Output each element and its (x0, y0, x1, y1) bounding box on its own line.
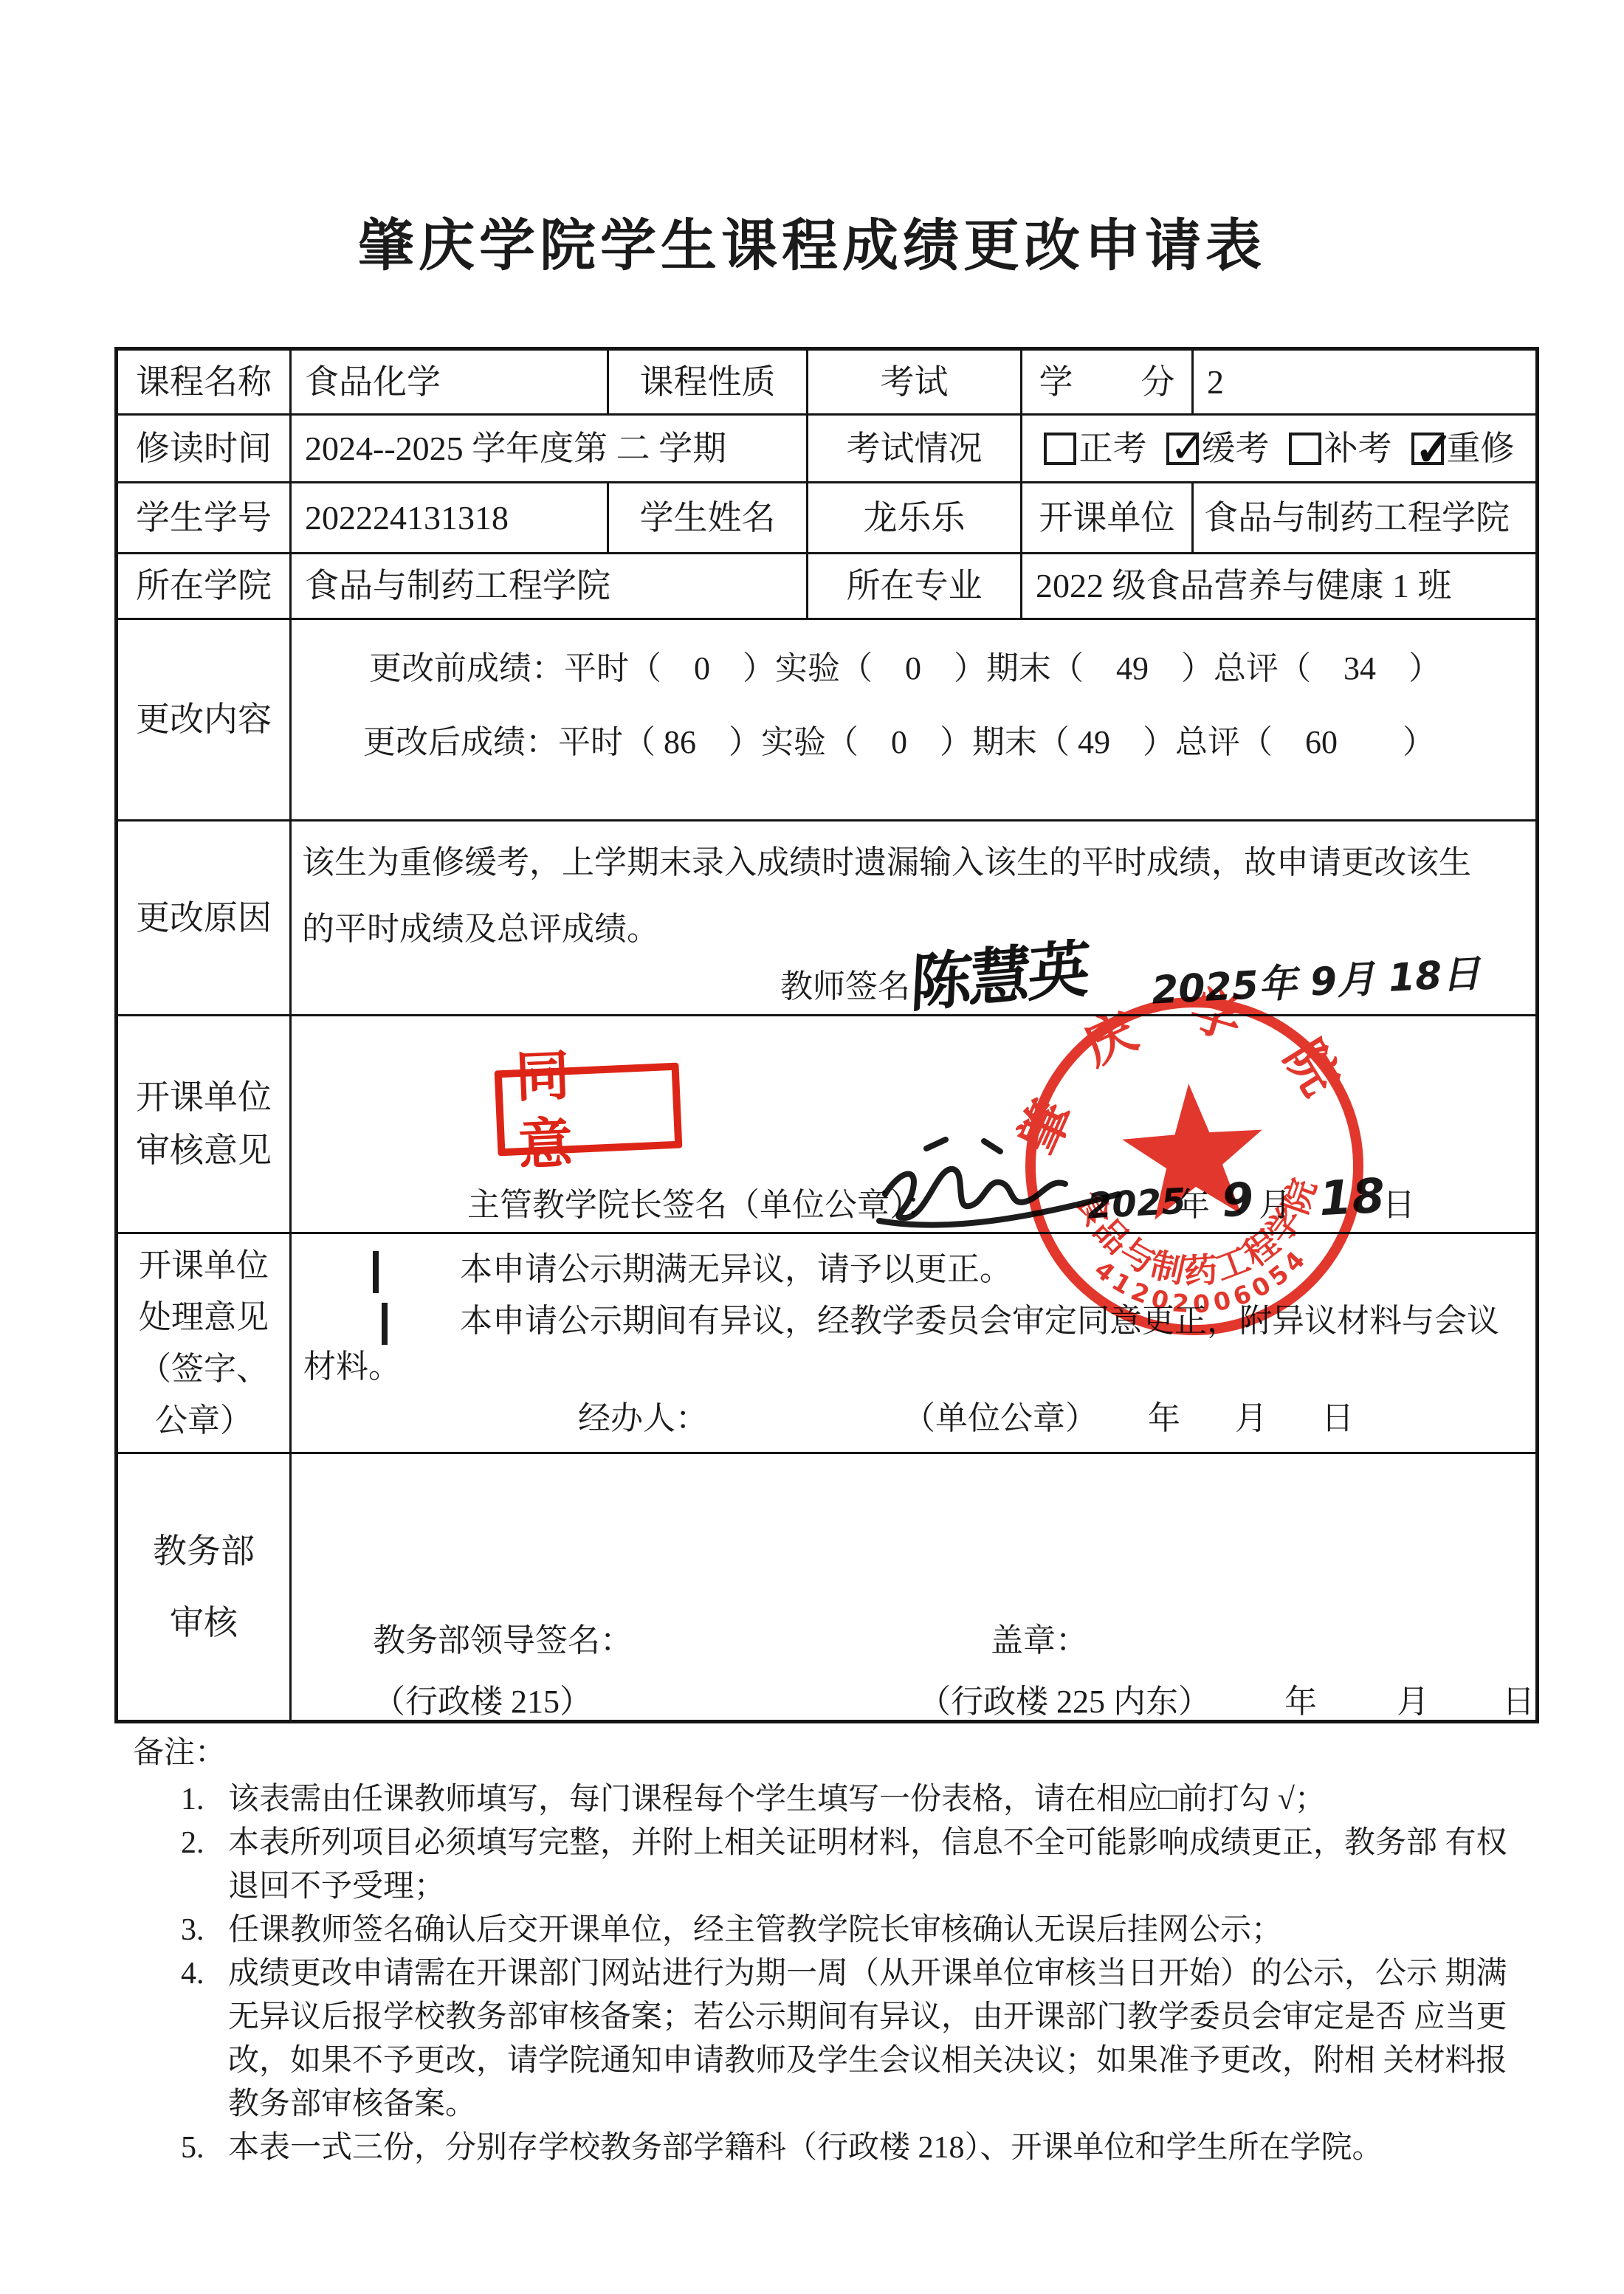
unit-seal-label: （单位公章） (903, 1398, 1098, 1439)
exam-option: ✓重修 (1411, 427, 1515, 470)
exam-option: ✓缓考 (1166, 427, 1270, 470)
exam-option-label: 缓考 (1202, 427, 1270, 470)
note-text: 本表所列项目必须填写完整，并附上相关证明材料，信息不全可能影响成绩更正，教务部 … (228, 1822, 1532, 1909)
checkbox-icon (1289, 433, 1321, 465)
row-course: 课程名称 食品化学 课程性质 考试 学 分 2 (118, 351, 1535, 416)
course-name-label: 课程名称 (118, 351, 292, 413)
note-text: 该表需由任课教师填写，每门课程每个学生填写一份表格，请在相应□前打勾 √； (228, 1778, 1532, 1822)
exam-option-label: 补考 (1324, 427, 1392, 470)
checkbox-icon (1044, 433, 1076, 465)
course-type-value: 考试 (808, 351, 1022, 413)
note-item: 2.本表所列项目必须填写完整，并附上相关证明材料，信息不全可能影响成绩更正，教务… (181, 1822, 1532, 1909)
checkbox-icon: ✓ (1411, 433, 1444, 465)
grades-before: 更改前成绩：平时（ 0 ）实验（ 0 ）期末（ 49 ）总评（ 34 ） (369, 648, 1441, 689)
dean-sign-label: 主管教学院长签名（单位公章）： (467, 1185, 938, 1225)
office-year-unit: 年 (1284, 1681, 1317, 1722)
office-sign-location: （行政楼 215） (373, 1681, 592, 1722)
university-seal: 肇庆学院 食品与制药工程学院 4412020060540 (997, 969, 1391, 1363)
course-name-value: 食品化学 (292, 351, 609, 413)
unit-review-label-line1: 开课单位 (136, 1071, 272, 1124)
exam-option-label: 重修 (1447, 427, 1515, 470)
college-label: 所在学院 (118, 554, 292, 618)
student-id-value: 202224131318 (292, 483, 609, 552)
operator-label: 经办人： (578, 1398, 708, 1439)
approve-stamp: 同意 (495, 1063, 683, 1157)
decision-day-unit: 日 (1321, 1398, 1354, 1439)
academic-office-label-line1: 教务部 (153, 1532, 255, 1571)
scanned-form-page: 肇庆学院学生课程成绩更改申请表 课程名称 食品化学 课程性质 考试 学 分 2 … (0, 0, 1624, 2294)
major-label: 所在专业 (808, 554, 1022, 618)
unit-review-label-line2: 审核意见 (136, 1124, 272, 1177)
note-number: 1. (181, 1778, 228, 1822)
check-mark-icon: ✓ (1415, 421, 1453, 478)
form-title: 肇庆学院学生课程成绩更改申请表 (0, 218, 1624, 275)
study-time-value: 2024--2025 学年度第 二 学期 (292, 416, 808, 481)
office-seal-location: （行政楼 225 内东） (918, 1681, 1211, 1722)
office-seal-label: 盖章： (991, 1620, 1088, 1661)
decision-checkbox-1 (373, 1251, 379, 1293)
change-content-label: 更改内容 (118, 620, 292, 819)
row-student: 学生学号 202224131318 学生姓名 龙乐乐 开课单位 食品与制药工程学… (118, 483, 1535, 554)
grades-after: 更改后成绩：平时（ 86 ）实验（ 0 ）期末（ 49 ）总评（ 60 ） (363, 722, 1435, 762)
unit-decision-label-line3: （签字、 (139, 1343, 269, 1395)
decision-option-1: 本申请公示期满无异议，请予以更正。 (460, 1249, 1012, 1289)
credit-label: 学 分 (1022, 351, 1194, 413)
student-id-label: 学生学号 (118, 483, 292, 552)
exam-status-options: 正考✓缓考补考✓重修 (1022, 427, 1535, 470)
unit-decision-label-line4: 公章） (155, 1395, 252, 1447)
note-text: 任课教师签名确认后交开课单位，经主管教学院长审核确认无误后挂网公示； (228, 1909, 1532, 1952)
decision-checkbox-2 (382, 1303, 388, 1345)
unit-decision-label-line1: 开课单位 (139, 1240, 269, 1292)
decision-option-2-cont: 材料。 (303, 1346, 401, 1387)
exam-option: 补考 (1289, 427, 1392, 470)
dean-date-day-unit: 日 (1383, 1185, 1415, 1225)
exam-option-label: 正考 (1079, 427, 1147, 470)
note-text: 本表一式三份，分别存学校教务部学籍科（行政楼 218）、开课单位和学生所在学院。 (228, 2126, 1532, 2170)
change-reason-label: 更改原因 (118, 821, 292, 1014)
office-month-unit: 月 (1397, 1681, 1429, 1722)
note-number: 3. (181, 1909, 228, 1952)
note-number: 5. (181, 2126, 228, 2170)
notes-section: 备注： 1.该表需由任课教师填写，每门课程每个学生填写一份表格，请在相应□前打勾… (133, 1732, 1532, 2170)
course-type-label: 课程性质 (609, 351, 808, 413)
college-value: 食品与制药工程学院 (292, 554, 808, 618)
checkbox-icon: ✓ (1166, 433, 1199, 465)
note-text: 成绩更改申请需在开课部门网站进行为期一周（从开课单位审核当日开始）的公示，公示 … (228, 1952, 1532, 2126)
credit-value: 2 (1194, 351, 1535, 413)
row-college: 所在学院 食品与制药工程学院 所在专业 2022 级食品营养与健康 1 班 (118, 554, 1535, 620)
check-mark-icon: ✓ (1170, 421, 1206, 475)
major-value: 2022 级食品营养与健康 1 班 (1022, 554, 1535, 618)
note-item: 1.该表需由任课教师填写，每门课程每个学生填写一份表格，请在相应□前打勾 √； (181, 1778, 1532, 1822)
course-unit-label: 开课单位 (1022, 483, 1194, 552)
note-item: 3.任课教师签名确认后交开课单位，经主管教学院长审核确认无误后挂网公示； (181, 1909, 1532, 1952)
study-time-label: 修读时间 (118, 416, 292, 481)
unit-decision-label-line2: 处理意见 (139, 1292, 269, 1343)
row-study-time: 修读时间 2024--2025 学年度第 二 学期 考试情况 正考✓缓考补考✓重… (118, 416, 1535, 483)
exam-status-label: 考试情况 (808, 416, 1022, 481)
reason-line1: 该生为重修缓考，上学期末录入成绩时遗漏输入该生的平时成绩，故申请更改该生 (302, 842, 1471, 883)
office-sign-label: 教务部领导签名： (373, 1620, 633, 1661)
academic-office-label-line2: 审核 (170, 1604, 238, 1642)
reason-line2: 的平时成绩及总评成绩。 (302, 909, 659, 949)
note-number: 2. (181, 1822, 228, 1909)
note-item: 4.成绩更改申请需在开课部门网站进行为期一周（从开课单位审核当日开始）的公示，公… (181, 1952, 1532, 2126)
row-academic-office: 教务部 审核 教务部领导签名： 盖章： （行政楼 215） （行政楼 225 内… (118, 1454, 1535, 1720)
decision-month-unit: 月 (1235, 1398, 1267, 1439)
office-day-unit: 日 (1502, 1681, 1535, 1722)
student-name-label: 学生姓名 (609, 483, 808, 552)
exam-option: 正考 (1044, 427, 1147, 470)
note-number: 4. (181, 1952, 228, 2126)
course-unit-value: 食品与制药工程学院 (1194, 483, 1535, 552)
student-name-value: 龙乐乐 (808, 483, 1022, 552)
note-item: 5.本表一式三份，分别存学校教务部学籍科（行政楼 218）、开课单位和学生所在学… (181, 2126, 1532, 2170)
row-change-content: 更改内容 更改前成绩：平时（ 0 ）实验（ 0 ）期末（ 49 ）总评（ 34 … (118, 620, 1535, 821)
notes-list: 1.该表需由任课教师填写，每门课程每个学生填写一份表格，请在相应□前打勾 √；2… (133, 1778, 1532, 2170)
seal-star-icon (1118, 1079, 1267, 1222)
notes-heading: 备注： (133, 1732, 1532, 1775)
decision-year-unit: 年 (1148, 1398, 1180, 1439)
